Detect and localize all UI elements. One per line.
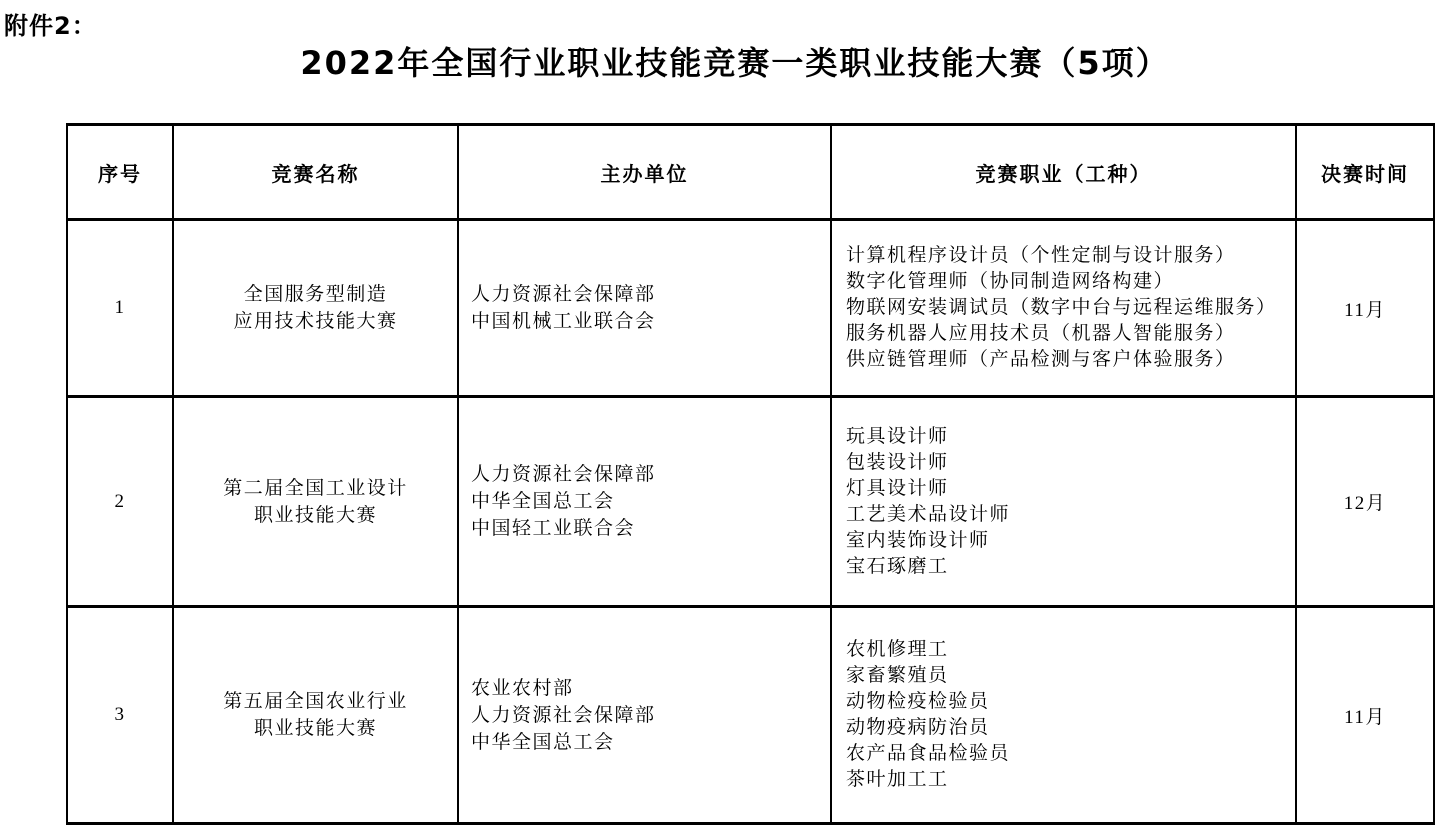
table-header-row: 序号 竞赛名称 主办单位 竞赛职业（工种） 决赛时间 <box>67 125 1434 220</box>
table-row: 2 第二届全国工业设计职业技能大赛 人力资源社会保障部中华全国总工会中国轻工业联… <box>67 397 1434 607</box>
column-header-organizer: 主办单位 <box>458 125 831 220</box>
cell-organizers: 人力资源社会保障部中国机械工业联合会 <box>458 220 831 397</box>
cell-final-time: 12月 <box>1296 397 1434 607</box>
cell-final-time: 11月 <box>1296 220 1434 397</box>
cell-organizers: 人力资源社会保障部中华全国总工会中国轻工业联合会 <box>458 397 831 607</box>
column-header-final-time: 决赛时间 <box>1296 125 1434 220</box>
cell-occupations: 农机修理工家畜繁殖员动物检疫检验员动物疫病防治员农产品食品检验员茶叶加工工 <box>831 607 1296 824</box>
cell-competition-name: 第二届全国工业设计职业技能大赛 <box>173 397 458 607</box>
cell-number: 3 <box>67 607 173 824</box>
table-row: 3 第五届全国农业行业职业技能大赛 农业农村部人力资源社会保障部中华全国总工会 … <box>67 607 1434 824</box>
cell-final-time: 11月 <box>1296 607 1434 824</box>
cell-number: 2 <box>67 397 173 607</box>
cell-competition-name: 全国服务型制造应用技术技能大赛 <box>173 220 458 397</box>
column-header-occupations: 竞赛职业（工种） <box>831 125 1296 220</box>
column-header-competition-name: 竞赛名称 <box>173 125 458 220</box>
column-header-number: 序号 <box>67 125 173 220</box>
competitions-table-container: 序号 竞赛名称 主办单位 竞赛职业（工种） 决赛时间 1 全国服务型制造应用技术… <box>66 123 1435 825</box>
table-row: 1 全国服务型制造应用技术技能大赛 人力资源社会保障部中国机械工业联合会 计算机… <box>67 220 1434 397</box>
cell-organizers: 农业农村部人力资源社会保障部中华全国总工会 <box>458 607 831 824</box>
cell-occupations: 玩具设计师包装设计师灯具设计师工艺美术品设计师室内装饰设计师宝石琢磨工 <box>831 397 1296 607</box>
cell-number: 1 <box>67 220 173 397</box>
cell-competition-name: 第五届全国农业行业职业技能大赛 <box>173 607 458 824</box>
page-title: 2022年全国行业职业技能竞赛一类职业技能大赛（5项） <box>0 38 1438 84</box>
attachment-label: 附件2： <box>4 6 97 41</box>
competitions-table: 序号 竞赛名称 主办单位 竞赛职业（工种） 决赛时间 1 全国服务型制造应用技术… <box>66 123 1435 825</box>
cell-occupations: 计算机程序设计员（个性定制与设计服务）数字化管理师（协同制造网络构建）物联网安装… <box>831 220 1296 397</box>
